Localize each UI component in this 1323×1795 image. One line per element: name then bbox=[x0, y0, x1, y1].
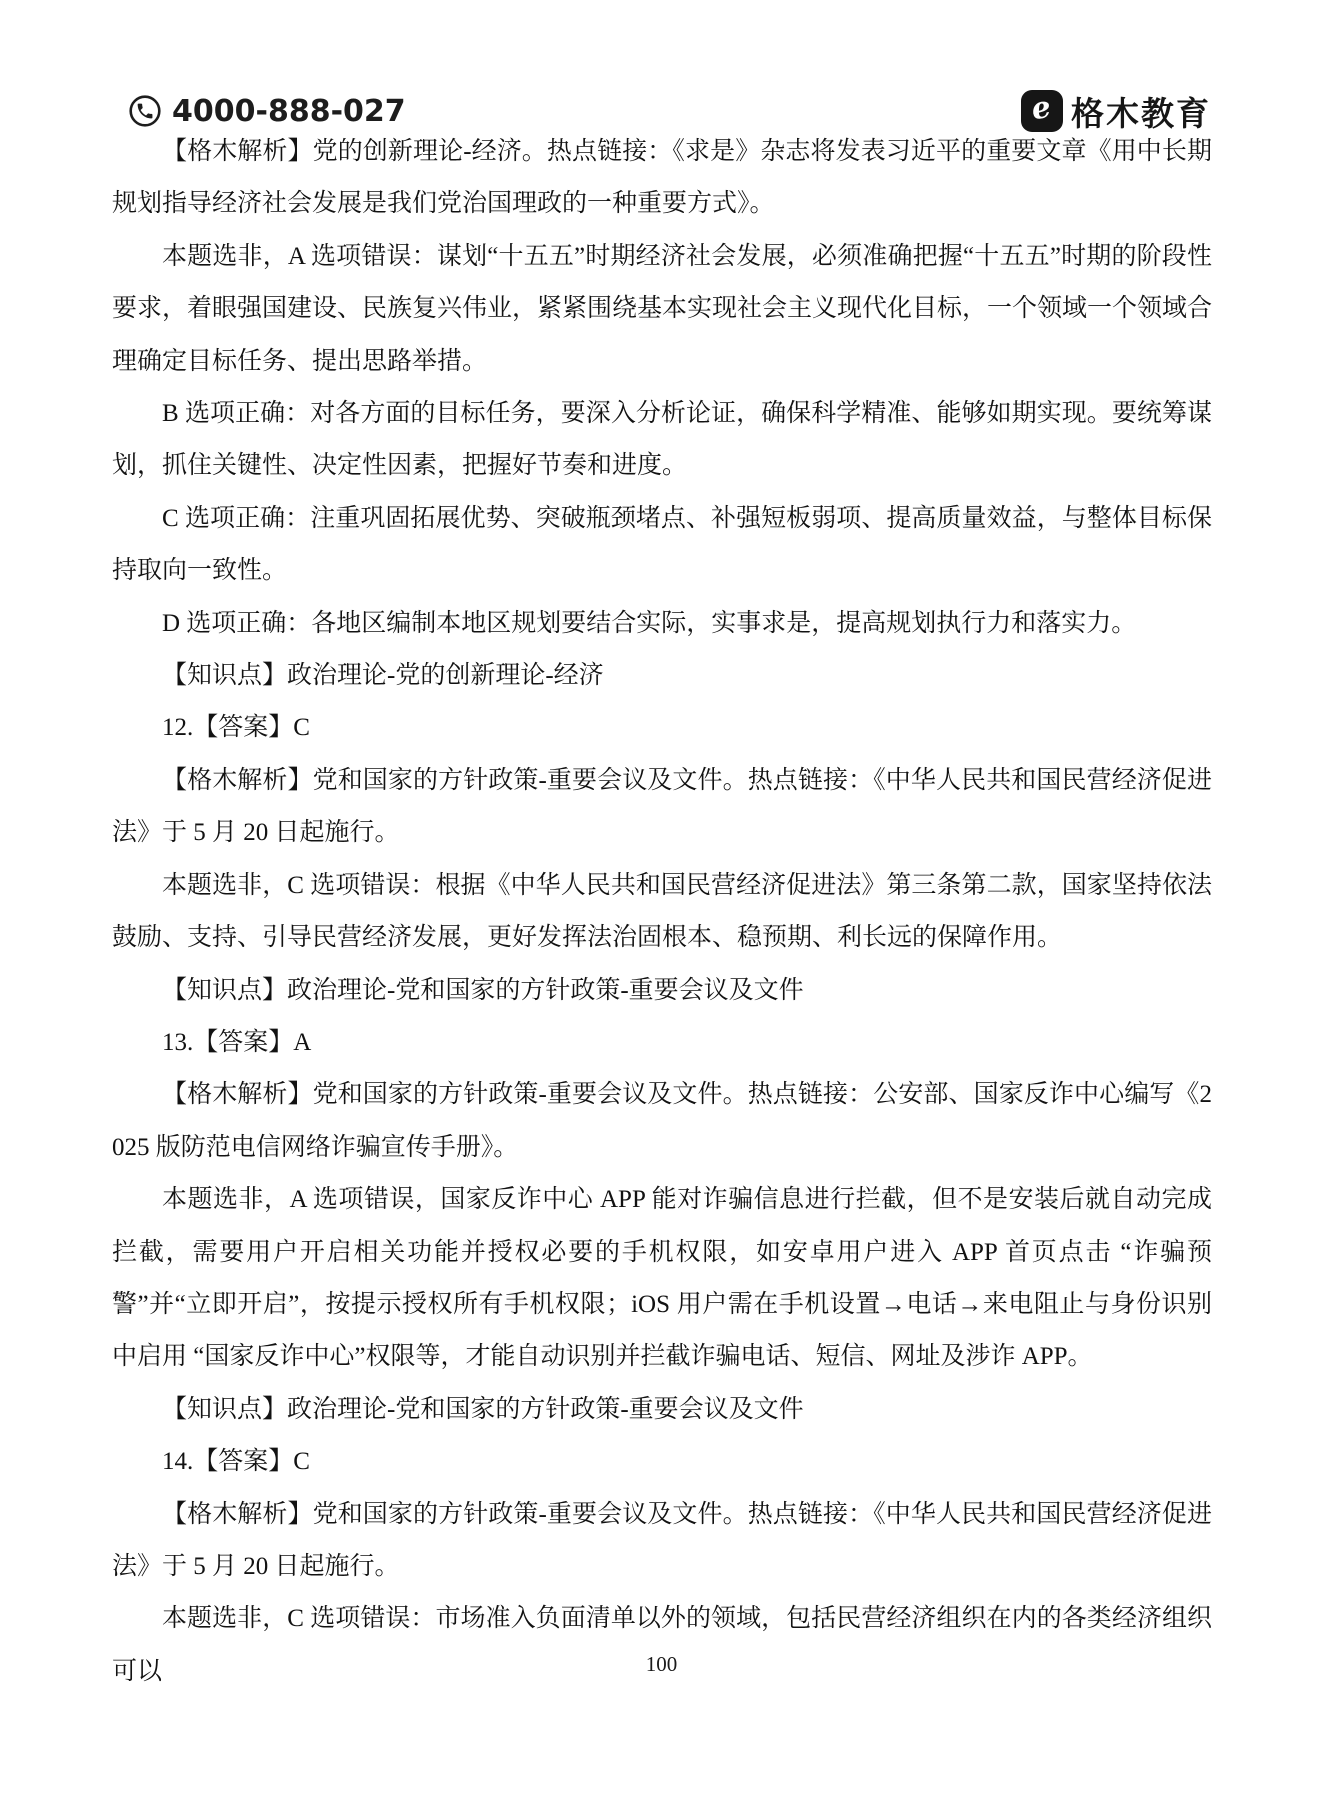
document-body: 【格木解析】党的创新理论-经济。热点链接：《求是》杂志将发表习近平的重要文章《用… bbox=[112, 126, 1212, 1698]
paragraph: C 选项正确：注重巩固拓展优势、突破瓶颈堵点、补强短板弱项、提高质量效益，与整体… bbox=[112, 493, 1212, 598]
page-footer: 100 bbox=[0, 1652, 1323, 1677]
paragraph: 本题选非，C 选项错误：根据《中华人民共和国民营经济促进法》第三条第二款，国家坚… bbox=[112, 860, 1212, 965]
paragraph: 【格木解析】党和国家的方针政策-重要会议及文件。热点链接：《中华人民共和国民营经… bbox=[112, 1489, 1212, 1594]
paragraph: 【格木解析】党和国家的方针政策-重要会议及文件。热点链接：《中华人民共和国民营经… bbox=[112, 755, 1212, 860]
paragraph: 【格木解析】党的创新理论-经济。热点链接：《求是》杂志将发表习近平的重要文章《用… bbox=[112, 126, 1212, 231]
paragraph: 12.【答案】C bbox=[112, 702, 1212, 754]
phone-contact: 4000-888-027 bbox=[128, 94, 406, 129]
paragraph: 14.【答案】C bbox=[112, 1436, 1212, 1488]
paragraph: 【知识点】政治理论-党的创新理论-经济 bbox=[112, 650, 1212, 702]
paragraph: 【知识点】政治理论-党和国家的方针政策-重要会议及文件 bbox=[112, 965, 1212, 1017]
paragraph: 本题选非，A 选项错误：谋划“十五五”时期经济社会发展，必须准确把握“十五五”时… bbox=[112, 231, 1212, 388]
phone-icon bbox=[128, 94, 162, 128]
paragraph: 【格木解析】党和国家的方针政策-重要会议及文件。热点链接：公安部、国家反诈中心编… bbox=[112, 1069, 1212, 1174]
paragraph: 13.【答案】A bbox=[112, 1017, 1212, 1069]
paragraph: 【知识点】政治理论-党和国家的方针政策-重要会议及文件 bbox=[112, 1384, 1212, 1436]
paragraph: 本题选非，A 选项错误，国家反诈中心 APP 能对诈骗信息进行拦截，但不是安装后… bbox=[112, 1174, 1212, 1384]
paragraph: B 选项正确：对各方面的目标任务，要深入分析论证，确保科学精准、能够如期实现。要… bbox=[112, 388, 1212, 493]
phone-number: 4000-888-027 bbox=[172, 94, 406, 129]
paragraph: D 选项正确：各地区编制本地区规划要结合实际，实事求是，提高规划执行力和落实力。 bbox=[112, 598, 1212, 650]
document-page: 4000-888-027 e 格木教育 【格木解析】党的创新理论-经济。热点链接… bbox=[0, 0, 1323, 1795]
page-number: 100 bbox=[646, 1652, 678, 1676]
paragraph: 本题选非，C 选项错误：市场准入负面清单以外的领域，包括民营经济组织在内的各类经… bbox=[112, 1593, 1212, 1698]
